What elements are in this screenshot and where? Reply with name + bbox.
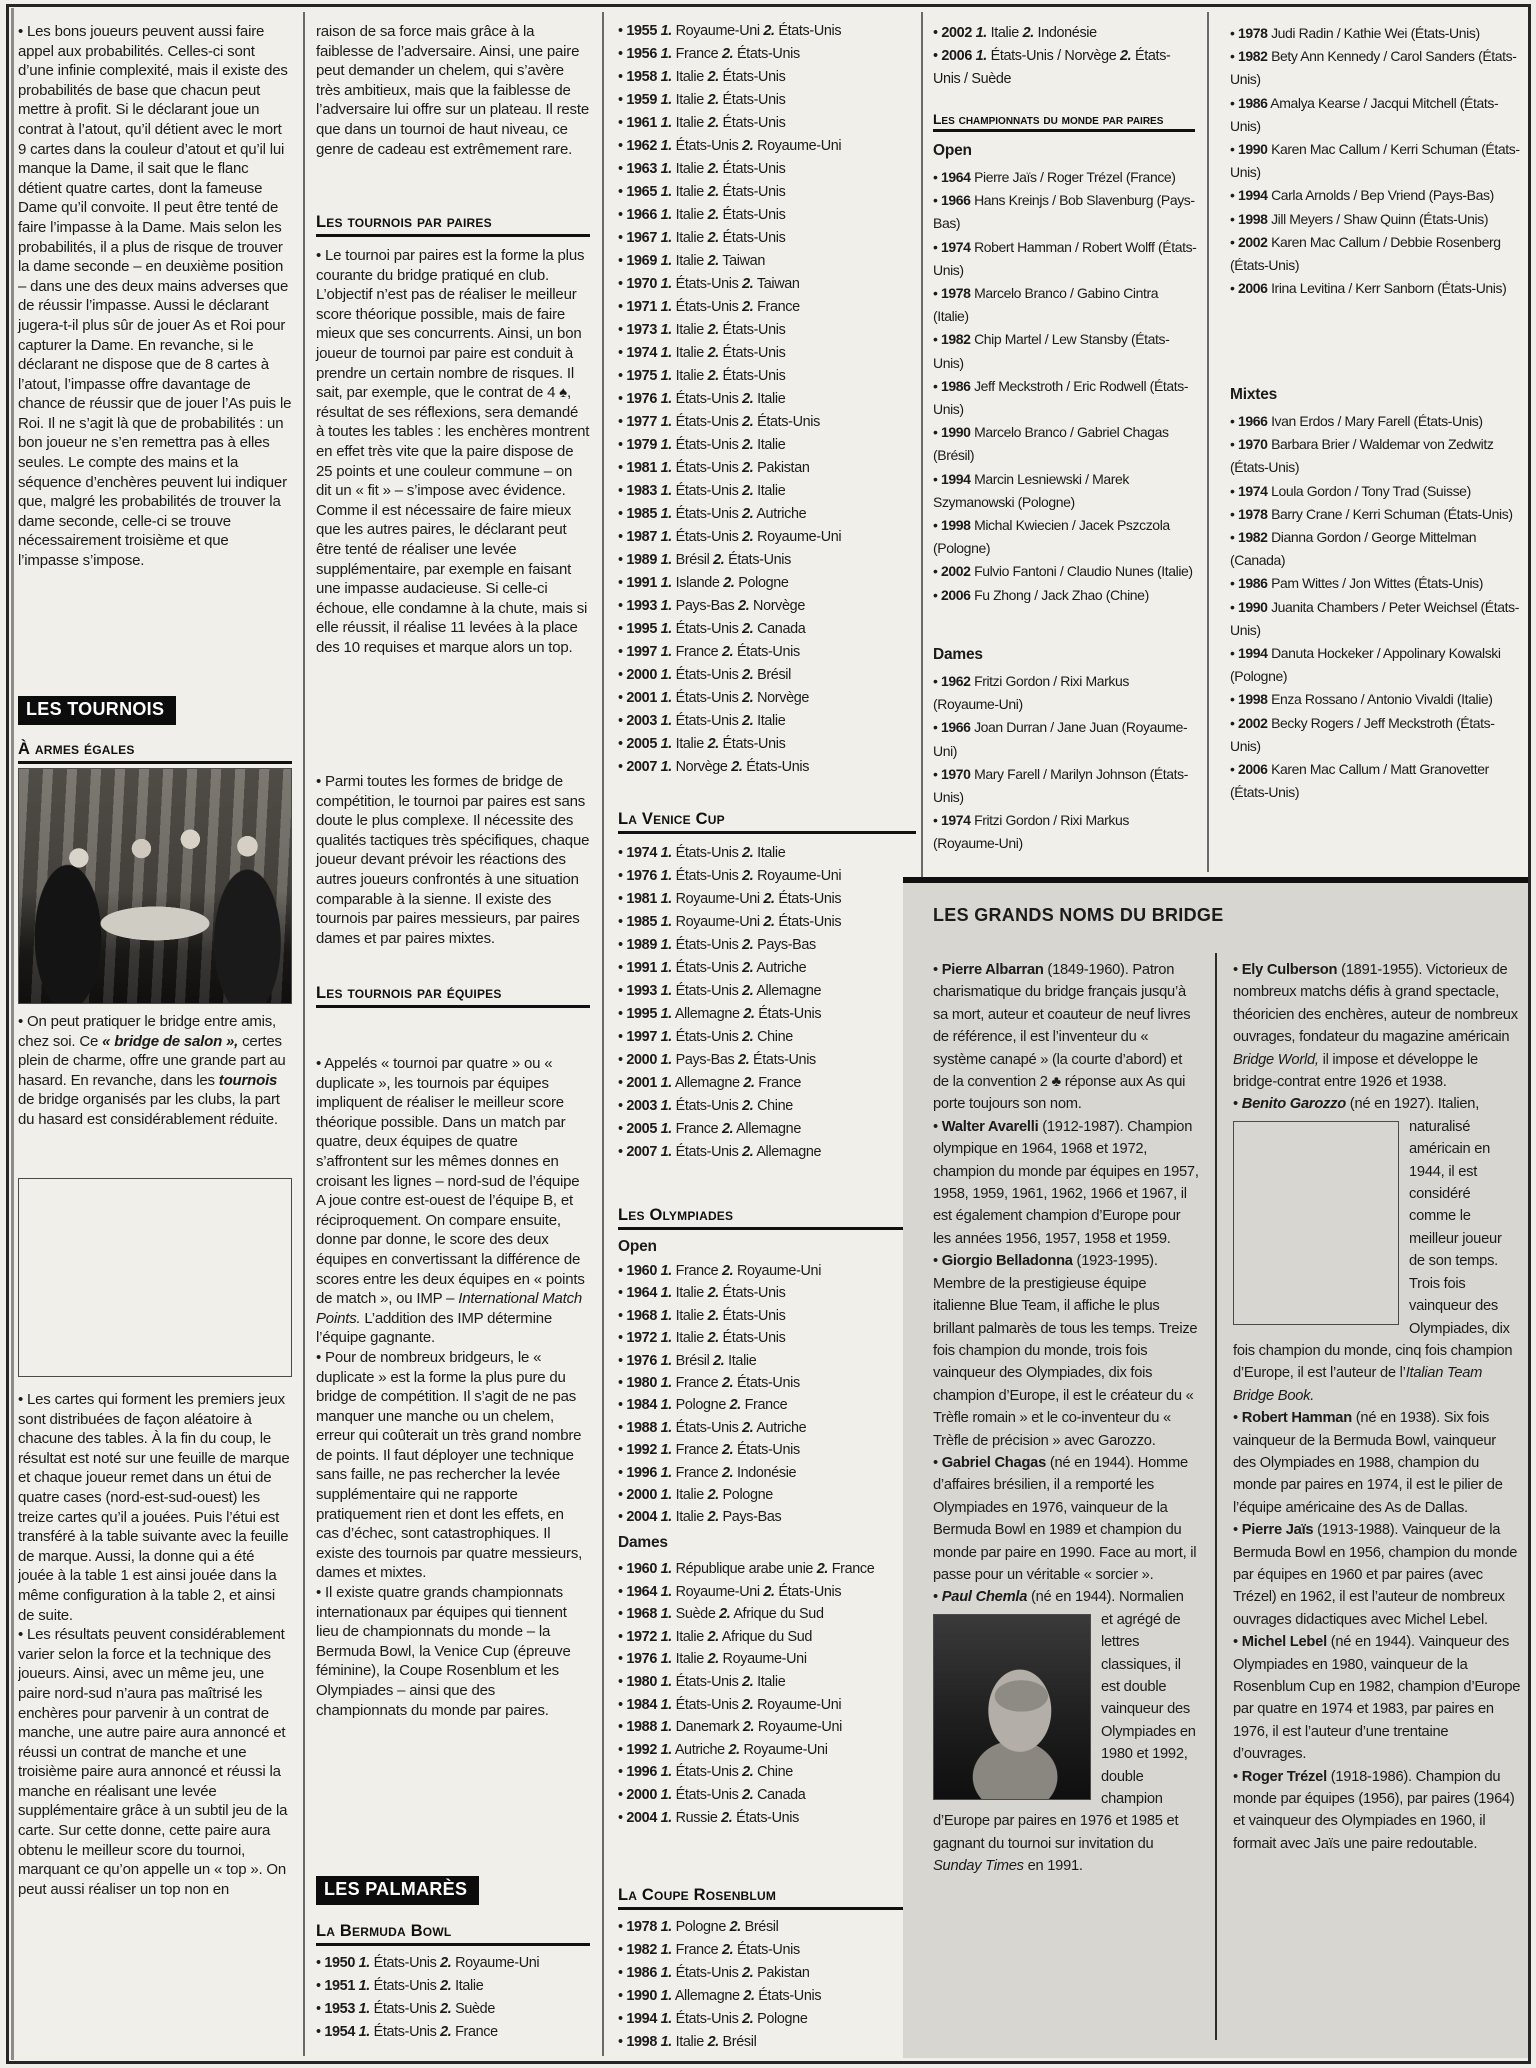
winner: États-Unis (676, 621, 739, 637)
pairs-row: • 1990 Marcelo Branco / Gabriel Chagas (… (933, 421, 1197, 467)
year: 2002 (1238, 715, 1268, 731)
label-pairs-dames: Dames (933, 646, 983, 664)
pair-names: Juanita Chambers / Peter Weichsel (États… (1230, 599, 1519, 638)
rank-1: 1. (661, 1144, 672, 1160)
rank-2: 2. (708, 230, 719, 246)
pair-names: Karen Mac Callum / Debbie Rosenberg (Éta… (1230, 234, 1501, 273)
palmares-row: • 1997 1. France 2. États-Unis (618, 641, 918, 664)
year: 1974 (1238, 483, 1268, 499)
palmares-row: • 1988 1. Danemark 2. Royaume-Uni (618, 1716, 920, 1739)
runner-up: Pologne (738, 575, 788, 591)
bullet: • (618, 184, 623, 200)
pairs-row: • 1978 Judi Radin / Kathie Wei (États-Un… (1230, 22, 1524, 45)
bio-name: Paul Chemla (942, 1589, 1027, 1605)
rank-1: 1. (661, 322, 672, 338)
rank-2: 2. (713, 1353, 724, 1369)
runner-up: Pays-Bas (757, 937, 816, 953)
year: 1993 (626, 983, 657, 999)
palmares-row: • 1994 1. États-Unis 2. Pologne (618, 2008, 918, 2031)
year: 1972 (626, 1330, 657, 1346)
winner: États-Unis (676, 460, 739, 476)
year: 1960 (626, 1561, 657, 1577)
winner: France (676, 1263, 719, 1279)
rank-2: 2. (743, 1006, 754, 1022)
pair-names: Amalya Kearse / Jacqui Mitchell (États-U… (1230, 95, 1498, 134)
bullet: • (933, 48, 938, 64)
bullet: • (618, 1144, 623, 1160)
bullet: • (1230, 413, 1235, 429)
rank-1: 1. (661, 483, 672, 499)
rank-2: 2. (708, 322, 719, 338)
palmares-row: • 2004 1. Italie 2. Pays-Bas (618, 1506, 918, 1528)
bullet: • (618, 1006, 623, 1022)
rank-2: 2. (742, 960, 753, 976)
bullet: • (618, 322, 623, 338)
rank-1: 1. (661, 1965, 672, 1981)
bullet: • (1230, 141, 1235, 157)
subhead-armes-egales: À armes égales (18, 740, 292, 764)
winner: États-Unis (374, 1955, 437, 1971)
rank-2: 2. (742, 868, 753, 884)
rank-2: 2. (713, 552, 724, 568)
year: 1966 (1238, 413, 1268, 429)
palmares-row: • 1974 1. Italie 2. États-Unis (618, 342, 918, 365)
winner: Italie (676, 1285, 704, 1301)
subhead-championnats-monde-paires: Les championnats du monde par paires (933, 112, 1195, 132)
rank-2: 2. (742, 1764, 753, 1780)
venice-cup-list: • 1974 1. États-Unis 2. Italie • 1976 1.… (618, 842, 918, 1164)
year: 1998 (626, 2034, 657, 2050)
palmares-row: • 1966 1. Italie 2. États-Unis (618, 204, 918, 227)
year: 1994 (941, 471, 971, 487)
rank-2: 2. (708, 1285, 719, 1301)
runner-up: États-Unis (737, 644, 800, 660)
bio-gabriel-chagas: • Gabriel Chagas (né en 1944). Homme d’a… (933, 1452, 1199, 1586)
bio-pierre-jais: • Pierre Jaïs (1913-1988). Vainqueur de … (1233, 1519, 1521, 1631)
rank-1: 1. (661, 1509, 672, 1525)
pairs-row: • 1998 Jill Meyers / Shaw Quinn (États-U… (1230, 208, 1524, 231)
palmares-row: • 1967 1. Italie 2. États-Unis (618, 227, 918, 250)
winner: États-Unis (676, 1697, 739, 1713)
pairs-row: • 1978 Marcelo Branco / Gabino Cintra (I… (933, 282, 1197, 328)
bullet: • (1233, 1634, 1238, 1650)
rank-2: 2. (728, 1742, 739, 1758)
year: 1982 (941, 331, 971, 347)
palmares-row: • 1965 1. Italie 2. États-Unis (618, 181, 918, 204)
winner: Italie (676, 161, 704, 177)
rank-1: 1. (661, 1052, 672, 1068)
year: 2006 (1238, 761, 1268, 777)
rank-2: 2. (763, 1584, 774, 1600)
rank-2: 2. (722, 1465, 733, 1481)
grands-noms-left-column: • Pierre Albarran (1849-1960). Patron ch… (933, 959, 1199, 1878)
rank-1: 1. (661, 1719, 672, 1735)
rank-2: 2. (742, 2011, 753, 2027)
palmares-row: • 1980 1. France 2. États-Unis (618, 1372, 918, 1394)
rank-1: 1. (661, 529, 672, 545)
paragraph-cartes: • Les cartes qui forment les premiers je… (18, 1390, 292, 1625)
runner-up: Royaume-Uni (757, 1697, 841, 1713)
year: 1998 (1238, 691, 1268, 707)
bullet: • (618, 1988, 623, 2004)
year: 2001 (626, 1075, 657, 1091)
bullet: • (618, 575, 623, 591)
year: 2006 (1238, 280, 1268, 296)
year: 2005 (626, 736, 657, 752)
pair-names: Pam Wittes / Jon Wittes (États-Unis) (1271, 575, 1483, 591)
year: 1955 (626, 23, 657, 39)
winner: Royaume-Uni (676, 891, 760, 907)
year: 2000 (626, 667, 657, 683)
rank-1: 1. (661, 207, 672, 223)
bullet: • (1230, 691, 1235, 707)
winner: Italie (676, 368, 704, 384)
bio-name: Pierre Jaïs (1242, 1522, 1314, 1538)
year: 1996 (626, 1465, 657, 1481)
bullet: • (933, 673, 938, 689)
bio-paul-chemla: • Paul Chemla (né en 1944). Normalien et… (933, 1586, 1199, 1877)
year: 2007 (626, 759, 657, 775)
paragraph-equipes-3: • Il existe quatre grands championnats i… (316, 1583, 590, 1720)
year: 1980 (626, 1375, 657, 1391)
winner: Norvège (676, 759, 728, 775)
winner: Allemagne (675, 1006, 740, 1022)
winner: Autriche (675, 1742, 725, 1758)
bullet: • (1230, 280, 1235, 296)
scan-edge-artifact (11, 8, 14, 2060)
runner-up: États-Unis (723, 161, 786, 177)
bio-ely-culberson: • Ely Culberson (1891-1955). Victorieux … (1233, 959, 1521, 1093)
palmares-row: • 1985 1. Royaume-Uni 2. États-Unis (618, 911, 918, 934)
bullet: • (1230, 761, 1235, 777)
palmares-row: • 1970 1. États-Unis 2. Taiwan (618, 273, 918, 296)
bullet: • (933, 378, 938, 394)
rank-1: 1. (661, 391, 672, 407)
bullet: • (618, 46, 623, 62)
grands-noms-right-column: • Ely Culberson (1891-1955). Victorieux … (1233, 959, 1521, 1855)
winner: France (676, 1121, 719, 1137)
year: 1974 (941, 239, 971, 255)
bio-text: en 1991. (1024, 1858, 1083, 1874)
rank-1: 1. (359, 1955, 370, 1971)
palmares-row: • 1974 1. États-Unis 2. Italie (618, 842, 918, 865)
pair-names: Jeff Meckstroth / Eric Rodwell (États-Un… (933, 378, 1188, 417)
winner: Pologne (676, 1919, 726, 1935)
winner: États-Unis (676, 1965, 739, 1981)
runner-up: Royaume-Uni (757, 868, 841, 884)
rank-2: 2. (742, 1029, 753, 1045)
photo-tournament-hall (18, 1178, 292, 1377)
bio-text: (1923-1995). Membre de la prestigieuse é… (933, 1253, 1197, 1448)
rank-1: 1. (661, 1285, 672, 1301)
palmares-row: • 1971 1. États-Unis 2. France (618, 296, 918, 319)
pair-names: Mary Farell / Marilyn Johnson (États-Uni… (933, 766, 1188, 805)
year: 1973 (626, 322, 657, 338)
rank-2: 2. (743, 1719, 754, 1735)
runner-up: États-Unis (723, 345, 786, 361)
rank-1: 1. (661, 1098, 672, 1114)
bullet: • (618, 368, 623, 384)
rank-2: 2. (742, 437, 753, 453)
bullet: • (933, 563, 938, 579)
bullet: • (618, 2011, 623, 2027)
year: 1988 (626, 1719, 657, 1735)
rank-1: 1. (661, 506, 672, 522)
bullet: • (933, 192, 938, 208)
bullet: • (618, 736, 623, 752)
winner: États-Unis (676, 483, 739, 499)
winner: France (676, 46, 719, 62)
bullet: • (933, 1455, 938, 1471)
palmares-row: • 1955 1. Royaume-Uni 2. États-Unis (618, 20, 918, 43)
bullet: • (618, 713, 623, 729)
bullet: • (1230, 234, 1235, 250)
rank-2: 2. (742, 937, 753, 953)
winner: France (676, 644, 719, 660)
bullet: • (618, 960, 623, 976)
runner-up: États-Unis (723, 368, 786, 384)
year: 1964 (626, 1584, 657, 1600)
winner: République arabe unie (676, 1561, 813, 1577)
bullet: • (618, 1487, 623, 1503)
runner-up: États-Unis (723, 69, 786, 85)
year: 1989 (626, 937, 657, 953)
encyclopedia-bridge-page: • Les bons joueurs peuvent aussi faire a… (0, 0, 1536, 2068)
bio-name: Gabriel Chagas (942, 1455, 1046, 1471)
year: 1995 (626, 1006, 657, 1022)
palmares-row: • 1968 1. Italie 2. États-Unis (618, 1305, 918, 1327)
rank-2: 2. (722, 46, 733, 62)
pair-names: Barry Crane / Kerri Schuman (États-Unis) (1271, 506, 1513, 522)
bullet: • (618, 529, 623, 545)
palmares-row: • 2002 1. Italie 2. Indonésie (933, 22, 1195, 45)
runner-up: États-Unis (778, 914, 841, 930)
bullet: • (933, 424, 938, 440)
bullet: • (618, 1742, 623, 1758)
rank-1: 1. (661, 1420, 672, 1436)
palmares-row: • 1964 1. Royaume-Uni 2. États-Unis (618, 1581, 920, 1604)
year: 1960 (626, 1263, 657, 1279)
runner-up: Brésil (745, 1919, 779, 1935)
bullet: • (618, 1965, 623, 1981)
year: 1984 (626, 1397, 657, 1413)
runner-up: États-Unis (757, 414, 820, 430)
year: 1976 (626, 391, 657, 407)
bullet: • (933, 1253, 938, 1269)
rank-1: 1. (661, 414, 672, 430)
grands-noms-box: LES GRANDS NOMS DU BRIDGE • Pierre Albar… (903, 877, 1528, 2058)
rank-1: 1. (661, 1330, 672, 1346)
winner: États-Unis (676, 529, 739, 545)
year: 1994 (1238, 645, 1268, 661)
year: 1991 (626, 575, 657, 591)
rank-2: 2. (708, 92, 719, 108)
rank-2: 2. (708, 345, 719, 361)
rank-2: 2. (742, 391, 753, 407)
winner: France (676, 1942, 719, 1958)
runner-up: Royaume-Uni (757, 138, 841, 154)
rank-2: 2. (708, 1509, 719, 1525)
rank-1: 1. (661, 914, 672, 930)
year: 1964 (941, 169, 971, 185)
runner-up: Pologne (723, 1487, 773, 1503)
pairs-row: • 1994 Danuta Hockeker / Appolinary Kowa… (1230, 642, 1524, 688)
pairs-row: • 1986 Amalya Kearse / Jacqui Mitchell (… (1230, 92, 1524, 138)
rank-2: 2. (742, 1098, 753, 1114)
runner-up: États-Unis (723, 736, 786, 752)
winner: France (676, 1465, 719, 1481)
coupe-rosenblum-list-cont: • 2002 1. Italie 2. Indonésie • 2006 1. … (933, 22, 1195, 91)
year: 1996 (626, 1764, 657, 1780)
rank-2: 2. (742, 460, 753, 476)
rank-1: 1. (661, 644, 672, 660)
rank-2: 2. (708, 1308, 719, 1324)
rank-1: 1. (661, 1584, 672, 1600)
rank-2: 2. (742, 690, 753, 706)
runner-up: France (832, 1561, 875, 1577)
winner: Italie (991, 25, 1019, 41)
paragraph-bridge-de-salon: • On peut pratiquer le bridge entre amis… (18, 1012, 292, 1130)
pairs-row: • 1978 Barry Crane / Kerri Schuman (État… (1230, 503, 1524, 526)
bullet: • (618, 23, 623, 39)
bullet: • (1233, 962, 1238, 978)
subhead-coupe-rosenblum: La Coupe Rosenblum (618, 1886, 916, 1910)
palmares-row: • 2000 1. États-Unis 2. Brésil (618, 664, 918, 687)
year: 1967 (626, 230, 657, 246)
palmares-row: • 1972 1. Italie 2. États-Unis (618, 1327, 918, 1349)
bullet: • (618, 914, 623, 930)
palmares-row: • 1992 1. France 2. États-Unis (618, 1439, 918, 1461)
winner: États-Unis (676, 1144, 739, 1160)
runner-up: Suède (455, 2001, 495, 2017)
winner: États-Unis (374, 2024, 437, 2040)
runner-up: France (758, 1075, 801, 1091)
winner: Brésil (676, 1353, 710, 1369)
palmares-row: • 1969 1. Italie 2. Taiwan (618, 250, 918, 273)
winner: Islande (676, 575, 720, 591)
bullet: • (618, 345, 623, 361)
palmares-row: • 1972 1. Italie 2. Afrique du Sud (618, 1626, 920, 1649)
rank-1: 1. (661, 1742, 672, 1758)
winner: Italie (676, 184, 704, 200)
runner-up: Italie (728, 1353, 756, 1369)
rank-1: 1. (661, 1764, 672, 1780)
year: 1986 (1238, 95, 1268, 111)
winner: États-Unis (374, 2001, 437, 2017)
runner-up: États-Unis (723, 322, 786, 338)
year: 1981 (626, 891, 657, 907)
bullet: • (618, 690, 623, 706)
rank-1: 1. (661, 253, 672, 269)
palmares-row: • 1953 1. États-Unis 2. Suède (316, 1998, 596, 2021)
year: 1978 (1238, 25, 1268, 41)
winner: Italie (676, 1651, 704, 1667)
bio-roger-trezel: • Roger Trézel (1918-1986). Champion du … (1233, 1766, 1521, 1856)
bullet: • (316, 2024, 321, 2040)
pair-names: Karen Mac Callum / Matt Granovetter (Éta… (1230, 761, 1489, 800)
runner-up: États-Unis (728, 552, 791, 568)
rank-1: 1. (661, 1029, 672, 1045)
bullet: • (618, 299, 623, 315)
rank-2: 2. (708, 1487, 719, 1503)
rank-1: 1. (661, 845, 672, 861)
winner: Allemagne (675, 1988, 740, 2004)
label-pairs-open: Open (933, 142, 972, 160)
rank-1: 1. (661, 460, 672, 476)
rank-1: 1. (661, 2034, 672, 2050)
palmares-row: • 1951 1. États-Unis 2. Italie (316, 1975, 596, 1998)
bullet: • (618, 1397, 623, 1413)
rank-1: 1. (661, 1375, 672, 1391)
bullet: • (1230, 645, 1235, 661)
palmares-row: • 1989 1. États-Unis 2. Pays-Bas (618, 934, 918, 957)
rank-2: 2. (763, 23, 774, 39)
winner: Italie (676, 322, 704, 338)
rank-2: 2. (1120, 48, 1131, 64)
rank-2: 2. (722, 644, 733, 660)
year: 1986 (626, 1965, 657, 1981)
rank-1: 1. (661, 736, 672, 752)
olympiades-dames-list: • 1960 1. République arabe unie 2. Franc… (618, 1558, 920, 1829)
year: 1998 (1238, 211, 1268, 227)
rank-1: 1. (661, 1674, 672, 1690)
winner: Pologne (676, 1397, 726, 1413)
bullet: • (618, 1052, 623, 1068)
bio-dates: (né en 1944). (1027, 1589, 1115, 1605)
year: 1992 (626, 1742, 657, 1758)
year: 1970 (941, 766, 971, 782)
year: 2002 (941, 25, 972, 41)
bullet: • (1230, 506, 1235, 522)
palmares-row: • 1973 1. Italie 2. États-Unis (618, 319, 918, 342)
pair-names: Joan Durran / Jane Juan (Royaume-Uni) (933, 719, 1187, 758)
runner-up: Italie (757, 483, 785, 499)
rank-2: 2. (722, 1442, 733, 1458)
winner: Italie (676, 1330, 704, 1346)
palmares-row: • 1962 1. États-Unis 2. Royaume-Uni (618, 135, 918, 158)
year: 2006 (941, 48, 972, 64)
runner-up: Italie (757, 713, 785, 729)
bullet: • (618, 667, 623, 683)
winner: Russie (676, 1810, 718, 1826)
palmares-row: • 2000 1. Pays-Bas 2. États-Unis (618, 1049, 918, 1072)
runner-up: Autriche (756, 960, 806, 976)
palmares-row: • 2003 1. États-Unis 2. Chine (618, 1095, 918, 1118)
pairs-row: • 1974 Robert Hamman / Robert Wolff (Éta… (933, 236, 1197, 282)
pairs-row: • 1974 Loula Gordon / Tony Trad (Suisse) (1230, 480, 1524, 503)
bullet: • (618, 69, 623, 85)
year: 2004 (626, 1810, 657, 1826)
rank-2: 2. (730, 1919, 741, 1935)
rank-1: 1. (661, 1353, 672, 1369)
pairs-row: • 2006 Irina Levitina / Kerr Sanborn (Ét… (1230, 277, 1524, 300)
paragraphs-cartes-et-resultats: • Les cartes qui forment les premiers je… (18, 1390, 292, 2054)
rank-1: 1. (661, 2011, 672, 2027)
rank-1: 1. (359, 1978, 370, 1994)
bullet: • (933, 1119, 938, 1135)
year: 2005 (626, 1121, 657, 1137)
rank-1: 1. (661, 1006, 672, 1022)
rank-2: 2. (708, 1629, 719, 1645)
pairs-row: • 1964 Pierre Jaïs / Roger Trézel (Franc… (933, 166, 1197, 189)
coupe-rosenblum-list: • 1978 1. Pologne 2. Brésil • 1982 1. Fr… (618, 1916, 918, 2054)
bio-michel-lebel: • Michel Lebel (né en 1944). Vainqueur d… (1233, 1631, 1521, 1765)
year: 2000 (626, 1487, 657, 1503)
winner: États-Unis (676, 1420, 739, 1436)
year: 1964 (626, 1285, 657, 1301)
rank-1: 1. (661, 891, 672, 907)
pair-names: Karen Mac Callum / Kerri Schuman (États-… (1230, 141, 1520, 180)
